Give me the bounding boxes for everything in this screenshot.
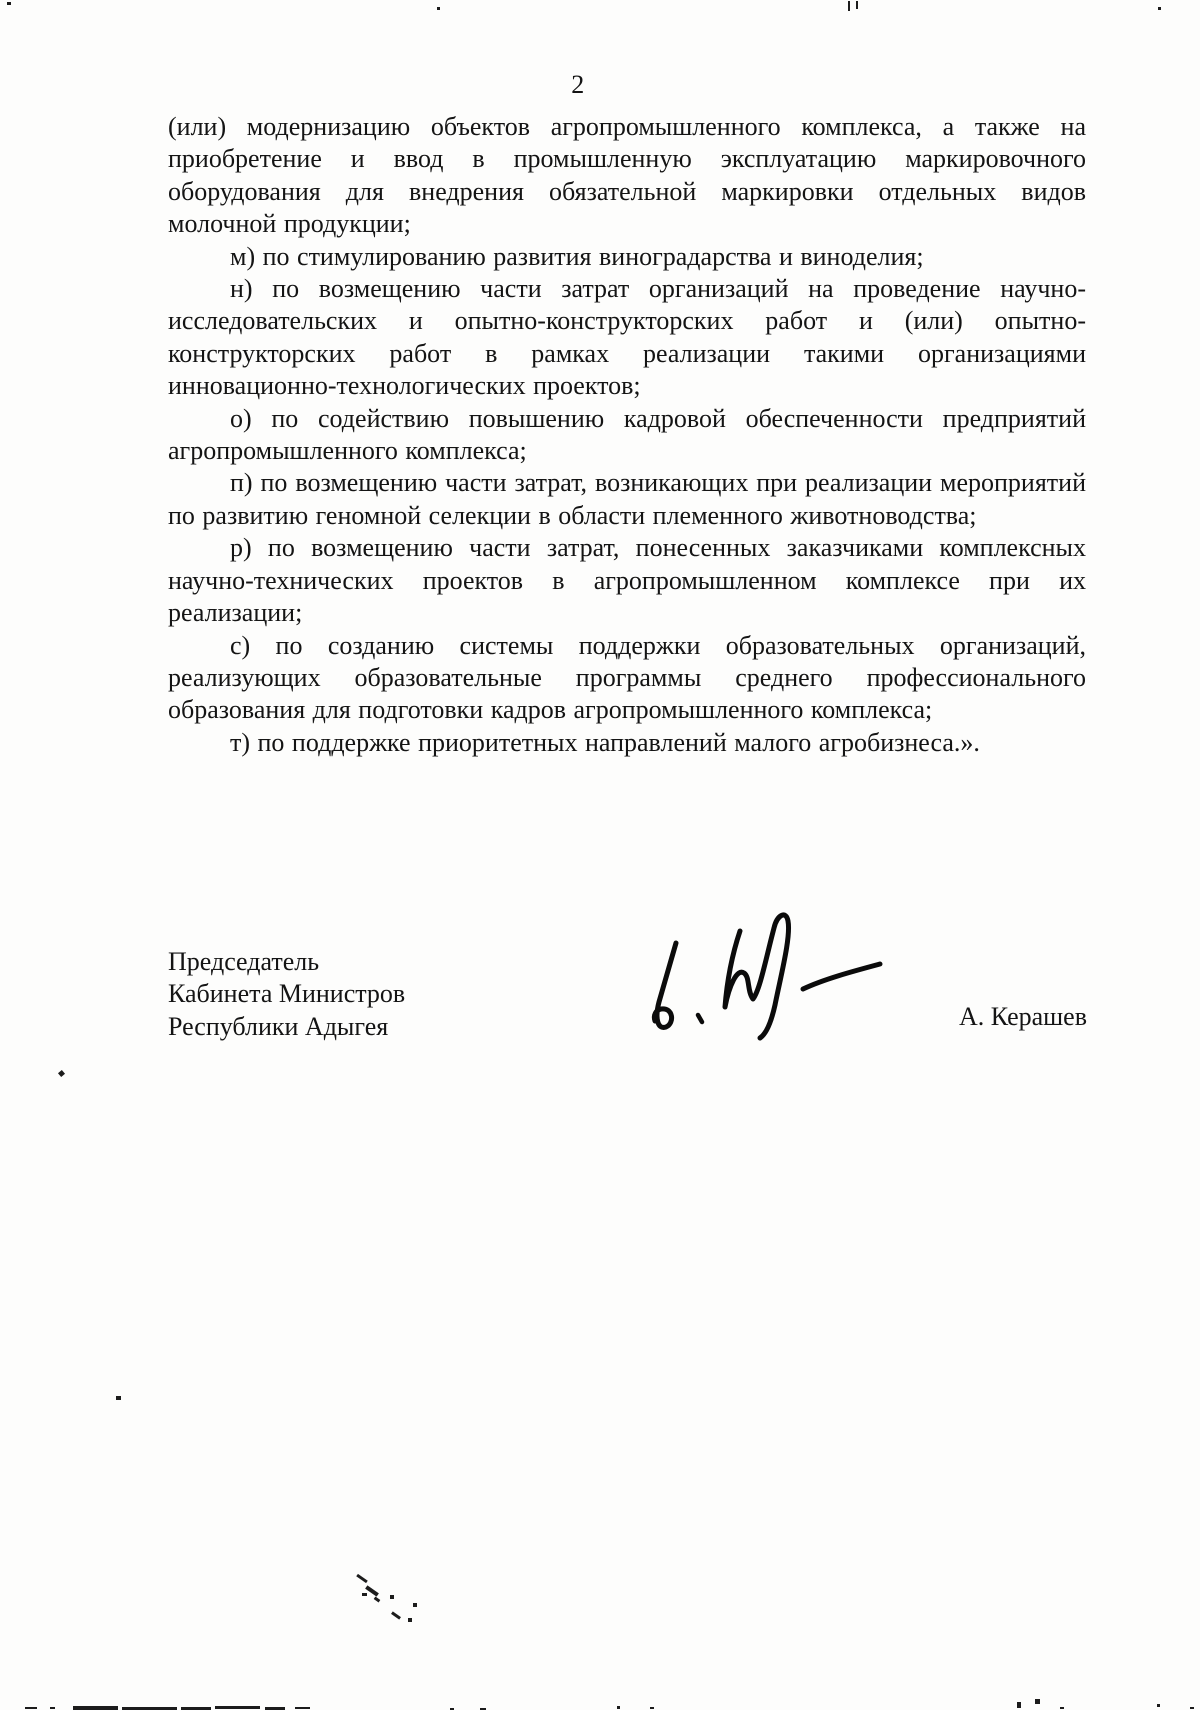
scan-artifact xyxy=(50,1707,55,1709)
scan-artifact xyxy=(116,1396,121,1400)
scan-artifact xyxy=(617,1706,620,1709)
scan-artifact xyxy=(391,1611,401,1619)
paragraph-item-r: р) по возмещению части затрат, понесенны… xyxy=(168,532,1086,629)
scan-artifact xyxy=(1157,1704,1160,1707)
signatory-position-line: Республики Адыгея xyxy=(168,1011,405,1043)
paragraph-item-p: п) по возмещению части затрат, возникающ… xyxy=(168,467,1086,532)
scan-artifact xyxy=(356,1574,368,1583)
scan-artifact xyxy=(437,7,440,10)
paragraph-item-s: с) по созданию системы поддержки образов… xyxy=(168,630,1086,727)
handwritten-signature-icon xyxy=(628,903,890,1043)
scan-artifact xyxy=(650,1707,654,1709)
scan-artifact xyxy=(1035,1699,1040,1704)
scan-artifact xyxy=(856,1,858,9)
paragraph-item-t: т) по поддержке приоритетных направлений… xyxy=(168,727,1086,759)
paragraph-continuation: (или) модернизацию объектов агропромышле… xyxy=(168,111,1086,241)
signatory-position: Председатель Кабинета Министров Республи… xyxy=(168,946,405,1043)
scan-artifact xyxy=(73,1706,118,1710)
scan-artifact xyxy=(413,1603,417,1607)
scan-artifact xyxy=(58,1070,65,1077)
scan-artifact xyxy=(7,2,11,5)
signatory-name: А. Керашев xyxy=(959,1002,1087,1032)
scan-artifact xyxy=(362,1593,367,1596)
scan-artifact xyxy=(365,1585,379,1596)
paragraph-item-o: о) по содействию повышению кадровой обес… xyxy=(168,403,1086,468)
scan-artifact xyxy=(1190,1707,1194,1709)
page-number: 2 xyxy=(168,70,988,100)
signatory-position-line: Председатель xyxy=(168,946,405,978)
scan-artifact xyxy=(1017,1702,1021,1708)
document-page: 2 (или) модернизацию объектов агропромыш… xyxy=(0,0,1200,1710)
scan-artifact xyxy=(374,1597,381,1603)
paragraph-item-n: н) по возмещению части затрат организаци… xyxy=(168,273,1086,403)
document-body: (или) модернизацию объектов агропромышле… xyxy=(168,111,1086,759)
scan-artifact xyxy=(390,1595,394,1599)
scan-artifact xyxy=(1060,1707,1064,1709)
scan-artifact xyxy=(408,1618,412,1622)
scan-artifact xyxy=(848,1,850,11)
scan-artifact xyxy=(25,1707,37,1709)
scan-artifact xyxy=(295,1707,310,1709)
scan-artifact xyxy=(1158,7,1161,10)
paragraph-item-m: м) по стимулированию развития виноградар… xyxy=(168,241,1086,273)
scan-artifact xyxy=(215,1706,260,1709)
signatory-position-line: Кабинета Министров xyxy=(168,978,405,1010)
